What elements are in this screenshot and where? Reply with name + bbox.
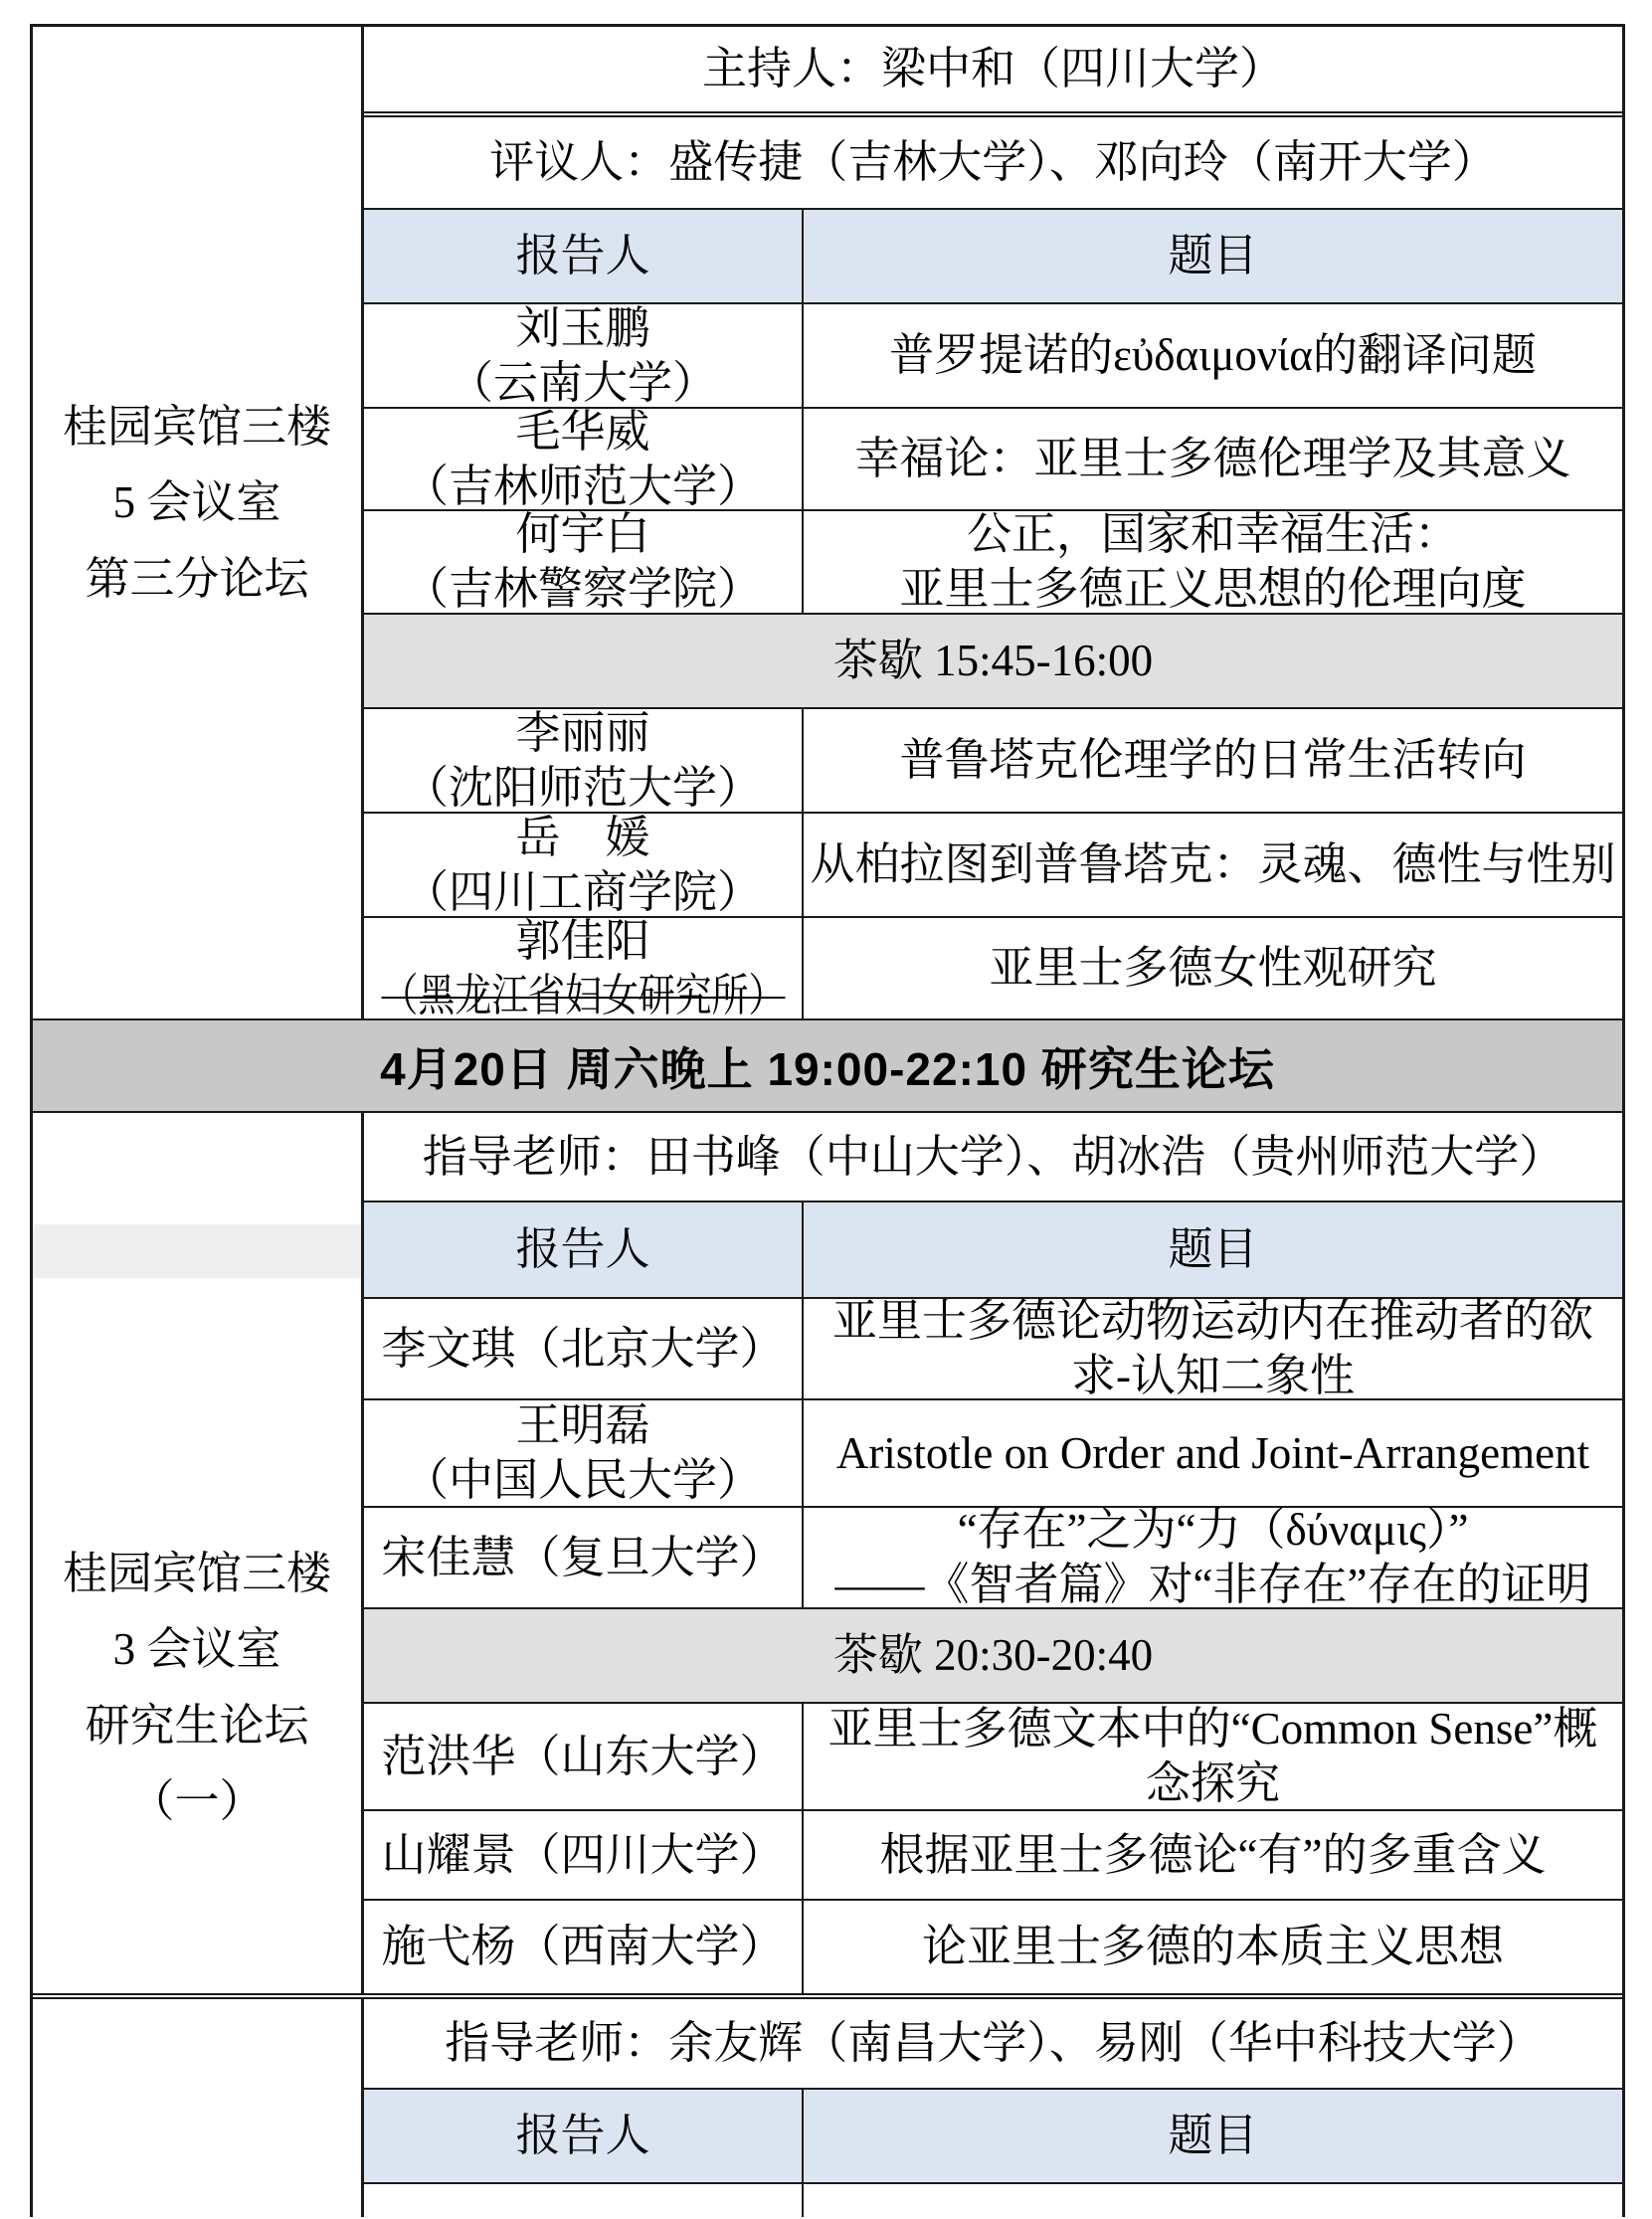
speaker-cell: 施弋杨（西南大学） (364, 1901, 804, 1995)
title-cell: 幸福论：亚里士多德伦理学及其意义 (804, 409, 1622, 511)
program-table: 桂园宾馆三楼 5 会议室 第三分论坛 主持人：梁中和（四川大学） 评议人：盛传捷… (30, 24, 1625, 2217)
speaker-cell: 范洪华（山东大学） (364, 1704, 804, 1811)
speaker-column-header: 报告人 (364, 2090, 804, 2184)
speaker-cell: 李文琪（北京大学） (364, 1299, 804, 1400)
speaker-cell: 宋佳慧（复旦大学） (364, 1508, 804, 1609)
reviewer-row: 评议人：盛传捷（吉林大学）、邓向玲（南开大学） (364, 117, 1622, 210)
venue-shaded-band (33, 1224, 361, 1278)
venue-cell-empty (33, 1999, 364, 2217)
venue-label: 桂园宾馆三楼 3 会议室 研究生论坛 （一） (63, 1536, 331, 1840)
speaker-cell: 毛华威 （吉林师范大学） (364, 409, 804, 511)
speaker-column-header: 报告人 (364, 1202, 804, 1299)
advisor-row: 指导老师：田书峰（中山大学）、胡冰浩（贵州师范大学） (364, 1113, 1622, 1202)
section-grad-forum-1: 桂园宾馆三楼 3 会议室 研究生论坛 （一） 指导老师：田书峰（中山大学）、胡冰… (33, 1113, 1622, 1995)
title-cell: 普鲁塔克伦理学的日常生活转向 (804, 709, 1622, 814)
title-cell: 从柏拉图到普鲁塔克：灵魂、德性与性别 (804, 814, 1622, 918)
title-column-header: 题目 (804, 1202, 1622, 1299)
speaker-cell: 李丽丽 （沈阳师范大学） (364, 709, 804, 814)
title-cell: 公正，国家和幸福生活： 亚里士多德正义思想的伦理向度 (804, 511, 1622, 615)
title-cell: “存在”之为“力（δύναμις）” ——《智者篇》对“非存在”存在的证明 (804, 1508, 1622, 1609)
tea-break-row: 茶歇 20:30-20:40 (364, 1609, 1622, 1704)
speaker-cell-cutoff (364, 2184, 804, 2217)
tea-break-row: 茶歇 15:45-16:00 (364, 615, 1622, 709)
advisor-row: 指导老师：余友辉（南昌大学）、易刚（华中科技大学） (364, 1999, 1622, 2090)
title-cell: Aristotle on Order and Joint-Arrangement (804, 1400, 1622, 1508)
speaker-cell: 山耀景（四川大学） (364, 1811, 804, 1901)
title-cell: 普罗提诺的εὐδαιμονία的翻译问题 (804, 304, 1622, 409)
title-cell: 亚里士多德论动物运动内在推动者的欲 求-认知二象性 (804, 1299, 1622, 1400)
venue-cell-forum-3: 桂园宾馆三楼 5 会议室 第三分论坛 (33, 27, 364, 1020)
title-cell: 根据亚里士多德论“有”的多重含义 (804, 1811, 1622, 1901)
moderator-row: 主持人：梁中和（四川大学） (364, 27, 1622, 113)
speaker-cell: 何宇白 （吉林警察学院） (364, 511, 804, 615)
speaker-cell: 岳 媛 （四川工商学院） (364, 814, 804, 918)
section-forum-3: 桂园宾馆三楼 5 会议室 第三分论坛 主持人：梁中和（四川大学） 评议人：盛传捷… (33, 27, 1622, 1020)
speaker-cell: 郭佳阳 （黑龙江省妇女研究所） (364, 918, 804, 1020)
venue-cell-grad-forum-1: 桂园宾馆三楼 3 会议室 研究生论坛 （一） (33, 1113, 364, 1995)
speaker-affiliation-struck: （黑龙江省妇女研究所） (381, 969, 785, 1023)
title-column-header: 题目 (804, 2090, 1622, 2184)
speaker-name: 郭佳阳 (515, 914, 649, 969)
title-cell: 论亚里士多德的本质主义思想 (804, 1901, 1622, 1995)
session-banner: 4月20日 周六晚上 19:00-22:10 研究生论坛 (33, 1020, 1622, 1113)
title-cell: 亚里士多德女性观研究 (804, 918, 1622, 1020)
title-cell: 亚里士多德文本中的“Common Sense”概 念探究 (804, 1704, 1622, 1811)
section-grad-forum-2-partial: 指导老师：余友辉（南昌大学）、易刚（华中科技大学） 报告人 题目 (33, 1999, 1622, 2217)
speaker-column-header: 报告人 (364, 210, 804, 304)
speaker-cell: 刘玉鹏 （云南大学） (364, 304, 804, 409)
title-column-header: 题目 (804, 210, 1622, 304)
title-cell-cutoff (804, 2184, 1622, 2217)
speaker-cell: 王明磊 （中国人民大学） (364, 1400, 804, 1508)
